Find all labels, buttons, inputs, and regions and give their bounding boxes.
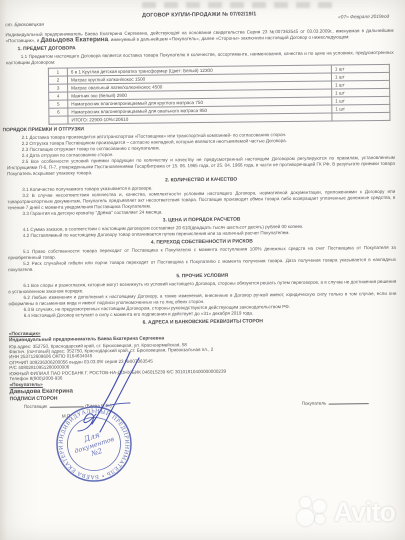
contract-date: «07» Февраля 2019год bbox=[338, 15, 389, 22]
avito-wordmark: Avito bbox=[334, 497, 396, 528]
contract-document: ДОГОВОР КУПЛИ-ПРОДАЖИ № 07/02/19/1 «07» … bbox=[0, 0, 405, 420]
preamble-buyer-name: Давыдова Екатерина bbox=[41, 36, 109, 44]
row-number: 6 bbox=[49, 108, 68, 116]
avito-watermark: Avito bbox=[297, 496, 396, 528]
row-number: 3 bbox=[49, 84, 68, 92]
row-number: 1 bbox=[48, 68, 67, 76]
pen-signature bbox=[62, 348, 162, 443]
buyer-signature-line: Покупатель bbox=[302, 400, 371, 407]
row-number: 4 bbox=[49, 92, 68, 100]
preamble: Индивидуальный предприниматель Баева Ека… bbox=[5, 28, 393, 44]
supplier-signature-label: Поставщик bbox=[24, 404, 48, 409]
goods-table: 16 в 1 Круглая детская кроватка трансфор… bbox=[48, 63, 391, 124]
section7-heading: 6. АДРЕСА И БАНКОВСКИЕ РЕКВИЗИТЫ СТОРОН bbox=[9, 317, 397, 327]
buyer-signature-label: Покупатель bbox=[302, 400, 327, 405]
row-number: 2 bbox=[48, 76, 67, 84]
avito-logo-icon bbox=[297, 496, 331, 528]
clause-2-5: 2.5 Все особенности условий приемки прод… bbox=[7, 154, 395, 176]
buyer-signature-blank bbox=[328, 400, 368, 404]
scanned-contract-photo: ДОГОВОР КУПЛИ-ПРОДАЖИ № 07/02/19/1 «07» … bbox=[0, 0, 405, 540]
row-number: 5 bbox=[49, 100, 68, 108]
